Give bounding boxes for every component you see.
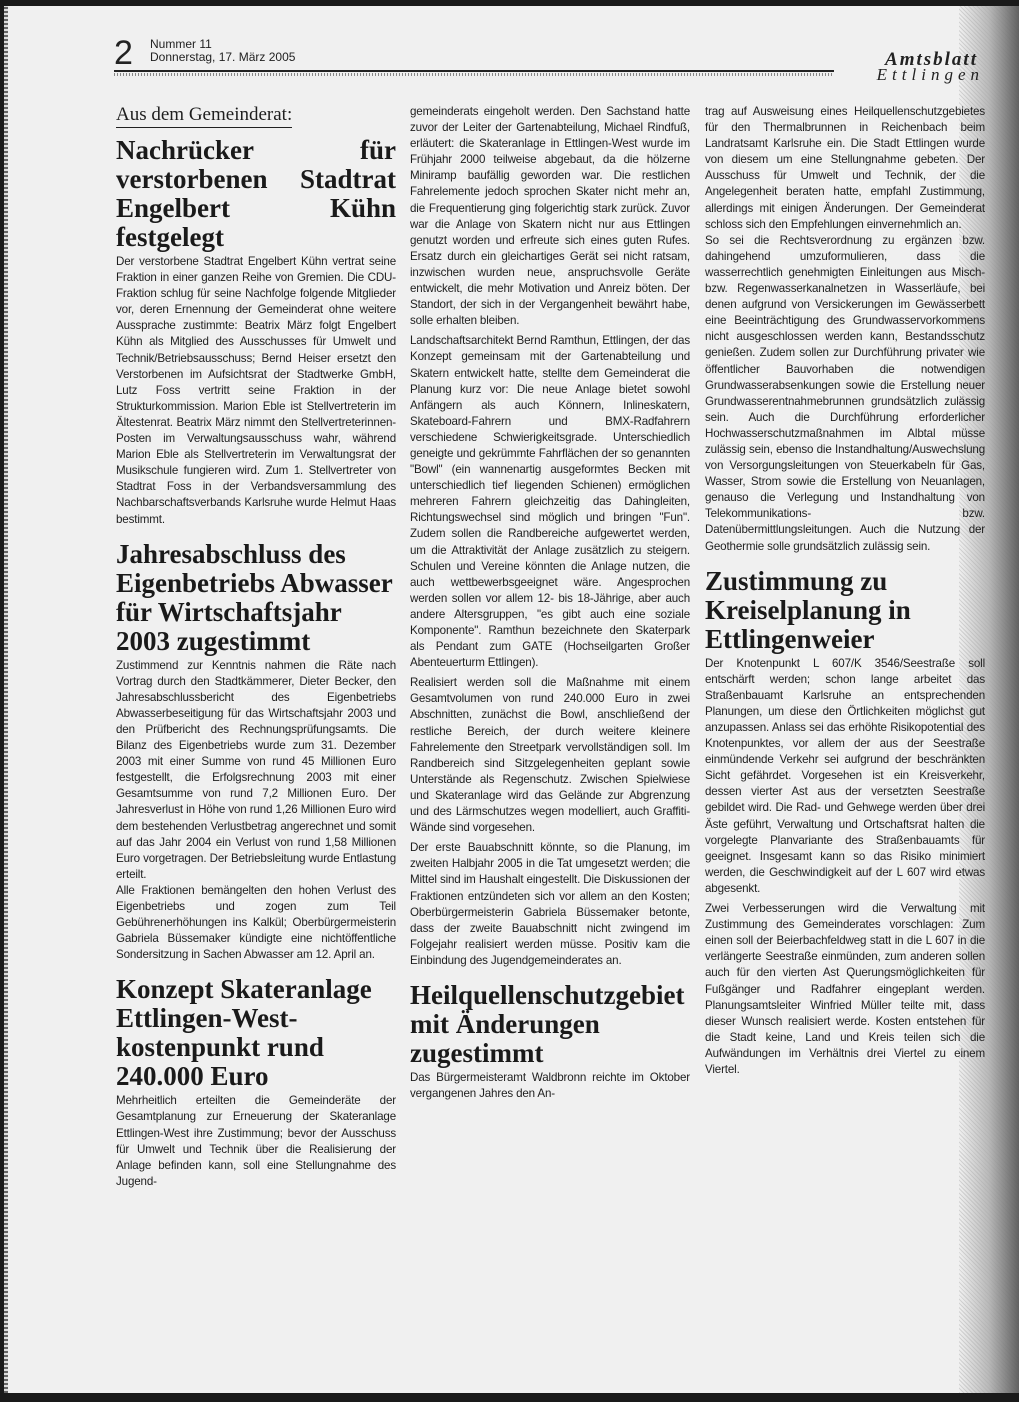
article-paragraph: Mehrheitlich erteilten die Gemeinderäte … [116, 1093, 396, 1190]
page-number: 2 [114, 36, 133, 70]
headline-skateranlage: Konzept Skateranlage Ettlingen-West- kos… [116, 975, 396, 1091]
headline-nachruecker: Nachrücker für verstorbenen Stadtrat Eng… [116, 136, 396, 252]
article-paragraph: trag auf Ausweisung eines Heilquellensch… [705, 104, 985, 233]
column-left: Aus dem Gemeinderat: Nachrücker für vers… [116, 104, 396, 1190]
header-rule [114, 70, 834, 72]
headline-heilquellenschutzgebiet: Heilquellenschutzgebiet mit Änderungen z… [410, 981, 690, 1068]
issue-date: Donnerstag, 17. März 2005 [150, 51, 295, 64]
masthead-ettlingen: Ettlingen [877, 65, 984, 85]
headline-jahresabschluss: Jahresabschluss des Eigenbetriebs Abwass… [116, 540, 396, 656]
article-paragraph: Zwei Verbesserungen wird die Verwaltung … [705, 901, 985, 1078]
column-right: trag auf Ausweisung eines Heilquellensch… [705, 104, 985, 1078]
issue-info: Nummer 11 Donnerstag, 17. März 2005 [150, 38, 295, 64]
headline-kreiselplanung: Zustimmung zu Kreiselplanung in Ettlinge… [705, 567, 985, 654]
article-paragraph: So sei die Rechtsverordnung zu ergänzen … [705, 233, 985, 555]
scan-edge-left [4, 6, 8, 1393]
article-paragraph: Zustimmend zur Kenntnis nahmen die Räte … [116, 658, 396, 883]
article-paragraph: Der erste Bauabschnitt könnte, so die Pl… [410, 840, 690, 969]
column-middle: gemeinderats eingeholt werden. Den Sachs… [410, 104, 690, 1102]
article-paragraph: Landschaftsarchitekt Bernd Ramthun, Ettl… [410, 333, 690, 671]
section-kicker: Aus dem Gemeinderat: [116, 104, 292, 128]
article-paragraph: gemeinderats eingeholt werden. Den Sachs… [410, 104, 690, 329]
article-paragraph: Das Bürgermeisteramt Waldbronn reichte i… [410, 1070, 690, 1102]
article-paragraph: Realisiert werden soll die Maßnahme mit … [410, 675, 690, 836]
article-paragraph: Der verstorbene Stadtrat Engelbert Kühn … [116, 254, 396, 528]
article-paragraph: Der Knotenpunkt L 607/K 3546/Seestraße s… [705, 656, 985, 897]
article-paragraph: Alle Fraktionen bemängelten den hohen Ve… [116, 883, 396, 963]
header-rule-texture [114, 73, 834, 76]
